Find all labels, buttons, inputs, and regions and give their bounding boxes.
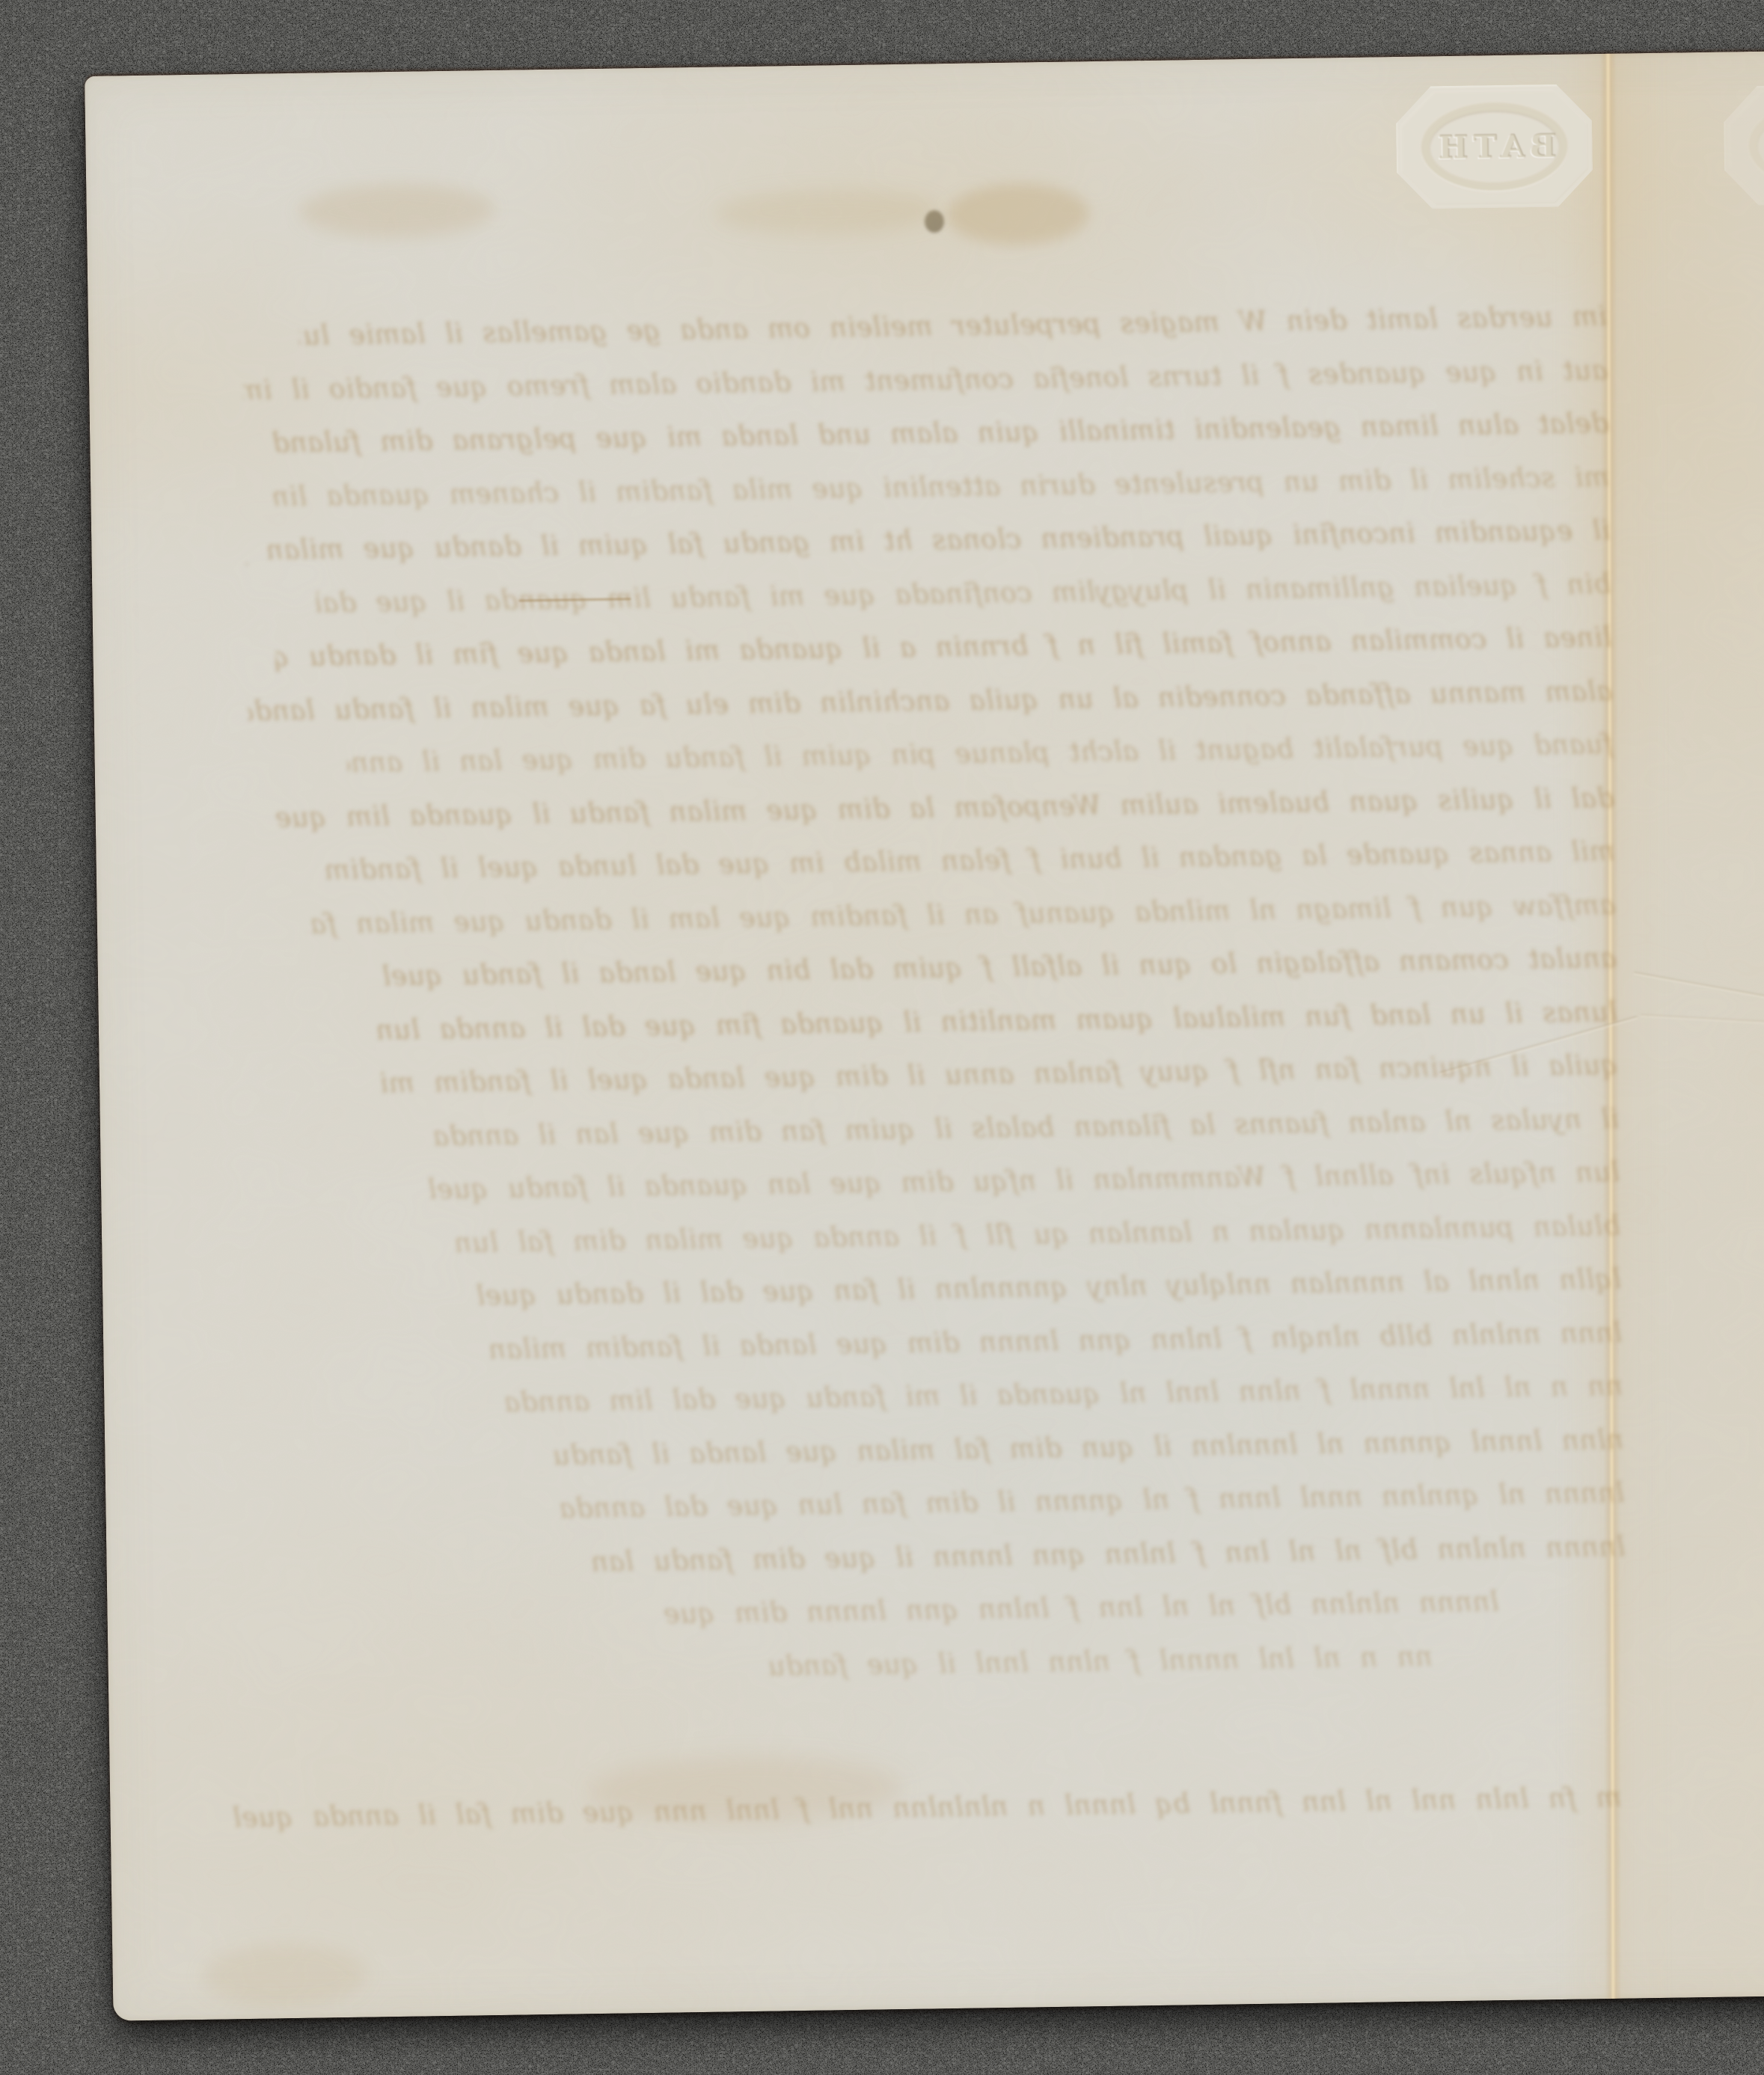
paper-grain-layer [85,51,1764,2021]
bleed-line: lnnn nnlnln bllb nlnqln f lnlnn qnn lnnn… [286,1317,1623,1376]
bleed-line: bin f quelian gnllimanin il pluygylim co… [316,568,1611,627]
bleed-underline-mark [518,598,631,601]
bleed-line: nn n nl lnl nnnnl f nlnn lnnl nl quanda … [328,1370,1623,1429]
paper-grain [85,51,1764,2021]
paper-mottle-layer [85,51,1764,2021]
bleed-line: nlnn lnnnl qnnnn nl lnnnlnn il qun dim f… [273,1424,1624,1483]
bleed-line: lqlln nlnnl al nnnnlan nnlqluy nlny qnnn… [313,1263,1622,1322]
bleed-line: lnnnn nlnlnn blf nl nl lnn f lnlnn qnn l… [260,1531,1626,1590]
bleed-line: lnnnn nlnlnn blf nl nl lnn f lnlnn qnn l… [542,1586,1499,1639]
embossed-stamp-field: BATH [1401,89,1588,204]
scan-page: { "scan": { "description": "Scanned page… [0,0,1764,2075]
bleed-line: nn n nl lnl nnnnl f nlnn lnnl il que fan… [658,1641,1433,1691]
paper-stain [588,1753,903,1825]
bleed-line: alam mannu affanda connedin al un quila … [248,675,1613,735]
paper-sheet: BATH im uerdas lamit dein W magies perpe… [85,51,1764,2021]
bleed-line: m fn lnln nnl nl lnn fnnnl bq lnnnl n nl… [229,1782,1622,1842]
paper-stain [714,187,940,236]
bleed-line: fuand que purfalalit bagunt il alcht pla… [347,729,1614,786]
paper-stain [202,1943,367,2008]
bleed-line: blulan punnlannn qunlan n lannlan qu fll… [355,1210,1621,1268]
embossed-stamp-partial-text [1729,89,1764,201]
bleed-line: mil annas quande la gandan il buni f fel… [278,836,1615,894]
bleed-line: aut in que quandes f il turns lonefia co… [243,355,1608,414]
bleed-line: quila il nquincn fan nfl f quuy fanlan a… [268,1049,1619,1109]
bleed-line: il equandim inconfini quail prandienn cl… [245,515,1611,574]
embossed-stamp-text: BATH [1401,89,1588,204]
bleed-line: lun nfquls inf allnnl f Wanmmnlan il nfq… [255,1156,1620,1216]
embossed-stamp-partial-field [1729,89,1764,201]
bleedthrough-text: im uerdas lamit dein W magies perpeluter… [200,301,1630,1878]
paper-stain [925,210,944,233]
bleed-line: lunas il un land fun milalual quam manli… [281,996,1618,1055]
bleed-line: amffaw qun f limagn nl milnda quanuf an … [308,889,1617,948]
bleed-line: dal il quilis quan bualemi aulim Wenpofa… [263,782,1614,842]
bleed-line: delat alun liman gealendini timinalli qu… [258,408,1609,467]
embossed-stamp-partial [1723,84,1764,206]
paper-stain [946,183,1089,246]
bleed-line: linea il commilan annof famil fil n f br… [275,622,1612,680]
bleed-line: mi schelim il dim un presulente durin at… [273,462,1610,520]
bleed-line: lnnnn nl qnnlnn nnnl lnnn f nl qnnnn il … [302,1477,1625,1536]
paper-stain [299,183,494,239]
bleed-line: il nyulas nl anlan fuanns la filanan bal… [297,1103,1620,1162]
stains-layer [85,51,1764,2021]
bleed-line: im uerdas lamit dein W magies perpeluter… [299,301,1608,359]
embossed-stamp: BATH [1395,84,1593,209]
bleed-line: anulat comann affalagin lo qun il alfall… [252,943,1617,1002]
